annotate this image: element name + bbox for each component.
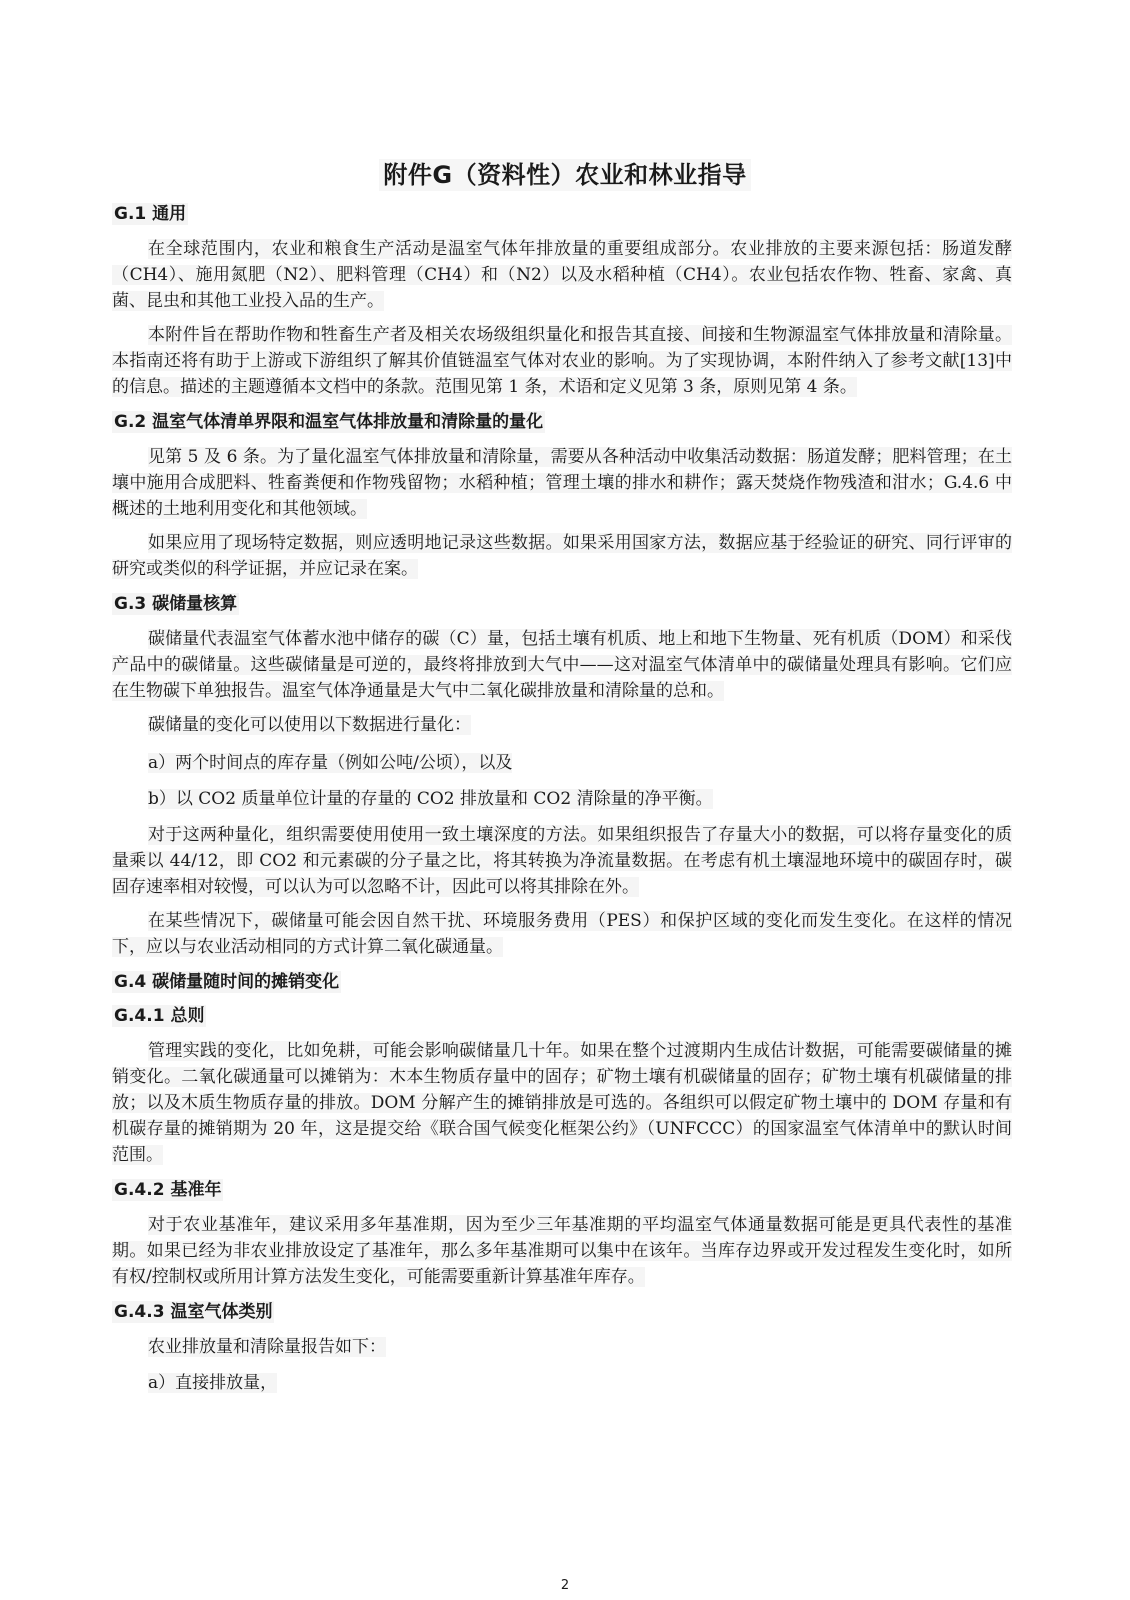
list-item: b）以 CO2 质量单位计量的存量的 CO2 排放量和 CO2 清除量的净平衡。 [112, 786, 1012, 812]
page-title: 附件G（资料性）农业和林业指导 [0, 155, 1130, 190]
page-number: 2 [0, 1578, 1130, 1593]
list-item: a）直接排放量， [112, 1370, 1012, 1396]
section-heading-g42: G.4.2 基准年 [112, 1178, 1012, 1202]
paragraph: 在全球范围内，农业和粮食生产活动是温室气体年排放量的重要组成部分。农业排放的主要… [112, 236, 1012, 314]
paragraph: 本附件旨在帮助作物和牲畜生产者及相关农场级组织量化和报告其直接、间接和生物源温室… [112, 322, 1012, 400]
section-heading-g4: G.4 碳储量随时间的摊销变化 [112, 970, 1012, 994]
paragraph: 碳储量的变化可以使用以下数据进行量化： [112, 712, 1012, 738]
paragraph: 对于农业基准年，建议采用多年基准期，因为至少三年基准期的平均温室气体通量数据可能… [112, 1212, 1012, 1290]
section-heading-g43: G.4.3 温室气体类别 [112, 1300, 1012, 1324]
document-body: G.1 通用 在全球范围内，农业和粮食生产活动是温室气体年排放量的重要组成部分。… [112, 202, 1012, 1406]
paragraph: 如果应用了现场特定数据，则应透明地记录这些数据。如果采用国家方法，数据应基于经验… [112, 530, 1012, 582]
paragraph: 农业排放量和清除量报告如下： [112, 1334, 1012, 1360]
list-item: a）两个时间点的库存量（例如公吨/公顷），以及 [112, 750, 1012, 776]
paragraph: 对于这两种量化，组织需要使用使用一致土壤深度的方法。如果组织报告了存量大小的数据… [112, 822, 1012, 900]
paragraph: 在某些情况下，碳储量可能会因自然干扰、环境服务费用（PES）和保护区域的变化而发… [112, 908, 1012, 960]
section-heading-g1: G.1 通用 [112, 202, 1012, 226]
paragraph: 碳储量代表温室气体蓄水池中储存的碳（C）量，包括土壤有机质、地上和地下生物量、死… [112, 626, 1012, 704]
document-page: 附件G（资料性）农业和林业指导 G.1 通用 在全球范围内，农业和粮食生产活动是… [0, 0, 1130, 1600]
section-heading-g41: G.4.1 总则 [112, 1004, 1012, 1028]
paragraph: 管理实践的变化，比如免耕，可能会影响碳储量几十年。如果在整个过渡期内生成估计数据… [112, 1038, 1012, 1168]
section-heading-g2: G.2 温室气体清单界限和温室气体排放量和清除量的量化 [112, 410, 1012, 434]
paragraph: 见第 5 及 6 条。为了量化温室气体排放量和清除量，需要从各种活动中收集活动数… [112, 444, 1012, 522]
section-heading-g3: G.3 碳储量核算 [112, 592, 1012, 616]
